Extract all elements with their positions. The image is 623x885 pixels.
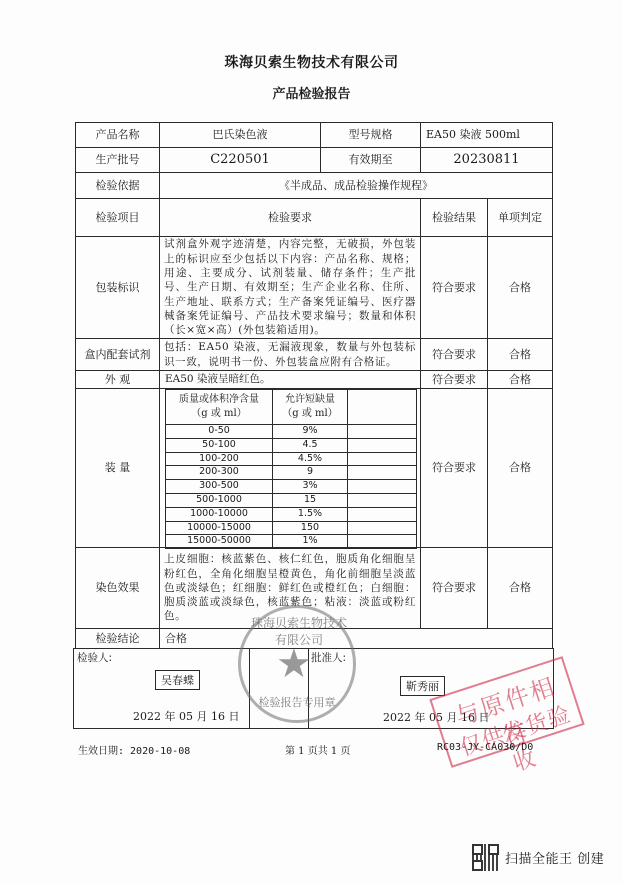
range-cell: 0-50 [166,425,273,438]
table-row-item: 外 观 [75,370,160,389]
table-row-result: 符合要求 [420,388,488,548]
sub-col1-unit: （g 或 ml） [191,407,246,421]
effective-date: 生效日期: 2020-10-08 [78,742,190,757]
expiry-label: 有效期至 [320,147,421,173]
table-row-verdict: 合格 [487,370,553,389]
allowance-cell: 15 [273,494,348,507]
inspector-date: 2022 年 05 月 16 日 [133,708,239,724]
sub-table-header: 质量或体积净含量 （g 或 ml） 允许短缺量 （g 或 ml） [166,390,416,424]
table-row-item: 染色效果 [75,547,160,629]
batch-value: C220501 [159,147,321,173]
table-row-requirement: EA50 染液呈暗红色。 [159,370,421,389]
sub-table-row: 0-509% [166,424,416,438]
table-row-item: 装 量 [75,388,160,548]
sub-table-row: 50-1004.5 [166,438,416,452]
approver-name: 靳秀丽 [400,676,445,696]
table-row-item: 盒内配套试剂 [75,338,160,371]
batch-label: 生产批号 [75,147,160,173]
company-name: 珠海贝索生物技术有限公司 [0,52,623,72]
inspector-label: 检验人: [77,650,112,665]
inspector-name: 吴春蝶 [155,670,200,690]
allowance-cell: 150 [273,522,348,535]
allowance-cell: 1.5% [273,508,348,521]
table-row-requirement: 包括：EA50 染液，无漏液现象，数量与外包装标识一致，说明书一份、外包装盒应附… [159,338,421,371]
allowance-sub-table: 质量或体积净含量 （g 或 ml） 允许短缺量 （g 或 ml） 0-509%5… [165,389,417,549]
allowance-cell: 3% [273,480,348,493]
table-row-item: 包装标识 [75,236,160,339]
range-cell: 200-300 [166,466,273,479]
sub-col2-unit: （g 或 ml） [282,407,337,421]
sub-table-row: 100-2004.5% [166,452,416,466]
sub-table-row: 500-100015 [166,493,416,507]
sub-table-body: 0-509%50-1004.5100-2004.5%200-3009300-50… [166,424,416,548]
sub-table-row: 300-5003% [166,479,416,493]
page-info: 第 1 页共 1 页 [285,742,350,757]
report-page: 珠海贝索生物技术有限公司 产品检验报告 产品名称 巴氏染色液 型号规格 EA50… [0,0,623,885]
document-code: RC03-JY-CA030/D0 [437,742,533,753]
sub-table-row: 10000-15000150 [166,521,416,535]
allowance-cell: 9 [273,466,348,479]
range-cell: 300-500 [166,480,273,493]
conclusion-value: 合格 [159,628,553,649]
table-row-result: 符合要求 [420,338,488,371]
product-name-label: 产品名称 [75,122,160,148]
allowance-cell: 4.5 [273,439,348,452]
table-row-verdict: 合格 [487,236,553,339]
company-seal: 珠海贝索生物技术有限公司 ★ 检验报告专用章 [238,605,356,723]
range-cell: 100-200 [166,453,273,466]
table-row-verdict: 合格 [487,338,553,371]
sub-col1-title: 质量或体积净含量 [179,393,259,407]
table-row-verdict: 合格 [487,388,553,548]
range-cell: 1000-10000 [166,508,273,521]
table-row-result: 符合要求 [420,236,488,339]
sub-table-row: 1000-100001.5% [166,507,416,521]
table-row-result: 符合要求 [420,547,488,629]
col-header-item: 检验项目 [75,198,160,237]
scanner-text: 扫描全能王 创建 [505,848,604,867]
conclusion-label: 检验结论 [75,628,160,649]
spec-label: 型号规格 [320,122,421,148]
range-cell: 500-1000 [166,494,273,507]
basis-label: 检验依据 [75,172,160,199]
qr-code-icon [472,844,499,871]
allowance-cell: 4.5% [273,453,348,466]
scanner-watermark: 扫描全能王 创建 [472,844,604,871]
seal-bottom-text: 检验报告专用章 [241,694,353,710]
col-header-requirement: 检验要求 [159,198,421,237]
basis-value: 《半成品、成品检验操作规程》 [159,172,553,199]
allowance-cell: 9% [273,425,348,438]
star-icon: ★ [276,644,312,684]
table-row-verdict: 合格 [487,547,553,629]
table-row-requirement: 试剂盒外观字迹清楚，内容完整，无破损，外包装上的标识应至少包括以下内容：产品名称… [159,236,421,339]
product-name-value: 巴氏染色液 [159,122,321,148]
col-header-result: 检验结果 [420,198,488,237]
expiry-value: 20230811 [420,147,553,173]
sub-table-row: 200-3009 [166,465,416,479]
spec-value: EA50 染液 500ml [420,122,553,148]
report-title: 产品检验报告 [0,83,623,102]
sub-col2-title: 允许短缺量 [285,393,335,407]
range-cell: 10000-15000 [166,522,273,535]
table-row-result: 符合要求 [420,370,488,389]
range-cell: 50-100 [166,439,273,452]
col-header-verdict: 单项判定 [487,198,553,237]
